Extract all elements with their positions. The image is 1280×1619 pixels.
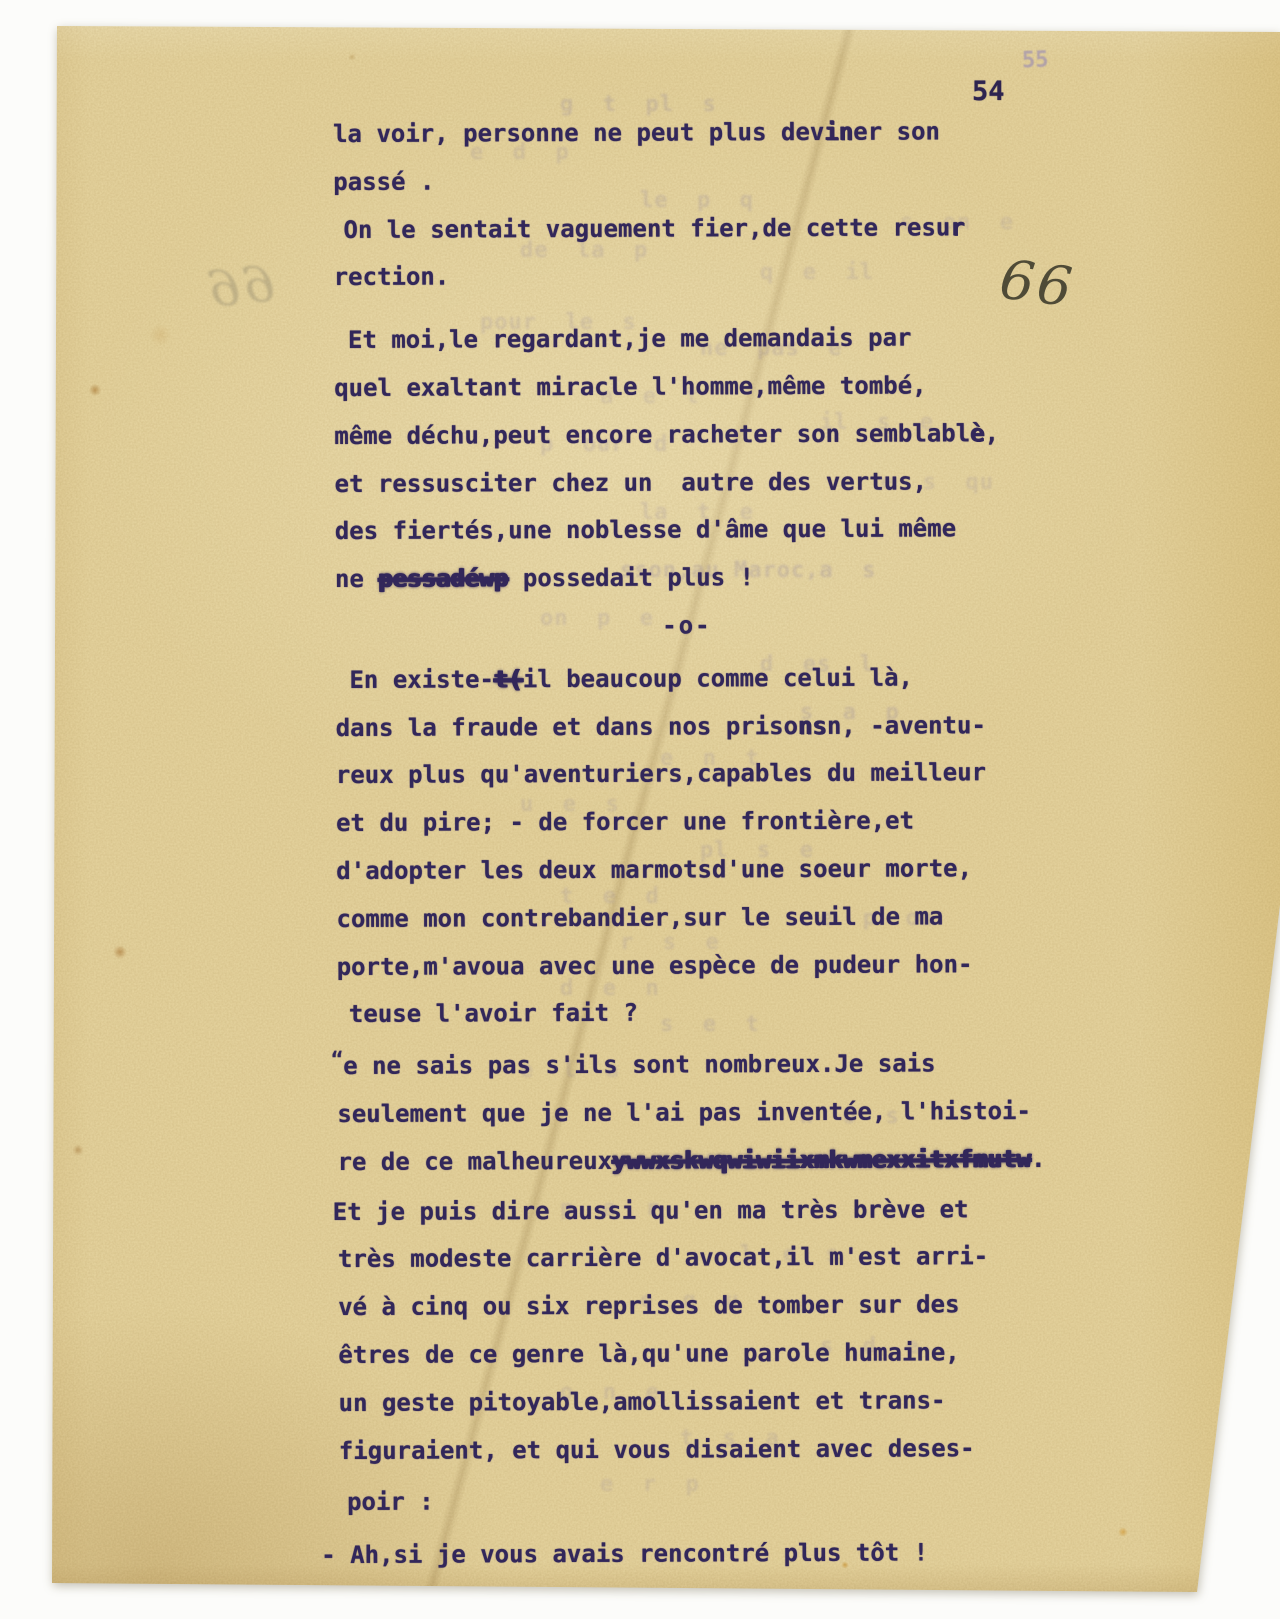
- paper-shadow: g t pl se d ple p qs on ede la pq e ilpo…: [0, 0, 1280, 1619]
- typescript-line: En existe-t(il beaucoup comme celui là,: [349, 663, 913, 693]
- typescript-text: rection.: [334, 263, 450, 292]
- typescript-text: .: [1031, 1145, 1046, 1173]
- typescript-line: la voir, personne ne peut plus deviner s…: [333, 117, 940, 148]
- typescript-text: r: [950, 213, 965, 241]
- typescript-line: dans la fraude et dans nos prisonsn, -av…: [336, 711, 986, 742]
- typescript-line: teuse l'avoir fait ?: [349, 999, 638, 1028]
- struck-out-text: pessadéwp: [378, 564, 508, 593]
- typescript-line: quel exaltant miracle l'homme,même tombé…: [334, 371, 927, 402]
- typescript-line: On le sentait vaguement fier,de cette re…: [343, 213, 964, 244]
- typescript-text: On le sentait vaguement fier,de cette re…: [343, 213, 950, 244]
- typescript-line: êtres de ce genre là,qu'une parole humai…: [338, 1338, 959, 1369]
- typescript-line: un geste pitoyable,amollissaient et tran…: [339, 1386, 946, 1417]
- typescript-text: En existe-: [349, 665, 494, 694]
- typescript-text: ,: [985, 419, 1000, 447]
- typescript-line: rection.: [334, 263, 450, 292]
- typescript-text: in: [824, 118, 853, 146]
- typescript-text: er son: [853, 117, 940, 145]
- document-page: g t pl se d ple p qs on ede la pq e ilpo…: [0, 0, 1280, 1619]
- typescript-text: même déchu,peut encore racheter son semb…: [334, 419, 970, 450]
- typescript-text: Et moi,le regardant,je me demandais par: [348, 324, 912, 354]
- typescript-text: passé .: [333, 167, 434, 195]
- typescript-text: et ressusciter chez un autre des vertus,: [335, 467, 928, 498]
- typescript-line: vé à cinq ou six reprises de tomber sur …: [338, 1290, 959, 1321]
- typescript-text: n, -aventu-: [827, 711, 986, 740]
- typescript-text: teuse l'avoir fait ?: [349, 999, 638, 1028]
- typescript-text: êtres de ce genre là,qu'une parole humai…: [338, 1338, 959, 1369]
- typescript-text: un geste pitoyable,amollissaient et tran…: [339, 1386, 946, 1417]
- typescript-line: et ressusciter chez un autre des vertus,: [335, 467, 928, 498]
- typescript-text: re de ce malheureux: [337, 1147, 612, 1176]
- typescript-line: seulement que je ne l'ai pas inventée, l…: [337, 1097, 1031, 1128]
- typescript-line: même déchu,peut encore racheter son semb…: [334, 419, 999, 450]
- typescript-text: des fiertés,une noblesse d'âme que lui m…: [335, 515, 956, 546]
- typescript-line: ne pessadéwp possedait plus !: [335, 563, 754, 593]
- typescript-text: seulement que je ne l'ai pas inventée, l…: [337, 1097, 1031, 1128]
- typewritten-text-block: la voir, personne ne peut plus deviner s…: [0, 0, 1280, 1619]
- typescript-text: reux plus qu'aventuriers,capables du mei…: [336, 759, 986, 790]
- typescript-line: poir :: [347, 1488, 434, 1516]
- typescript-line: porte,m'avoua avec une espèce de pudeur …: [337, 950, 973, 981]
- typescript-line: reux plus qu'aventuriers,capables du mei…: [336, 759, 986, 790]
- typescript-line: très modeste carrière d'avocat,il m'est …: [338, 1243, 988, 1274]
- typescript-text: poir :: [347, 1488, 434, 1516]
- typescript-text: comme mon contrebandier,sur le seuil de …: [336, 902, 943, 933]
- typescript-text: - Ah,si je vous avais rencontré plus tôt…: [321, 1539, 928, 1570]
- typescript-text: quel exaltant miracle l'homme,même tombé…: [334, 371, 927, 402]
- typescript-line: Et je puis dire aussi qu'en ma très brèv…: [333, 1195, 969, 1226]
- struck-out-text: ywwxskwqwiwiixmkwmexxitxfmutw: [612, 1145, 1031, 1175]
- typescript-text: Et je puis dire aussi qu'en ma très brèv…: [333, 1195, 969, 1226]
- typescript-text: “: [331, 1047, 343, 1071]
- typescript-text: ns: [798, 711, 827, 739]
- typescript-text: vé à cinq ou six reprises de tomber sur …: [338, 1290, 959, 1321]
- section-divider: -o-: [662, 611, 711, 639]
- typescript-line: “e ne sais pas s'ils sont nombreux.Je sa…: [331, 1050, 936, 1081]
- typescript-text: la voir, personne ne peut plus dev: [333, 118, 824, 148]
- typescript-text: dans la fraude et dans nos priso: [336, 712, 798, 742]
- typescript-text: è: [970, 419, 985, 447]
- typescript-line: re de ce malheureuxywwxskwqwiwiixmkwmexx…: [337, 1145, 1045, 1176]
- typescript-text: possedait plus !: [508, 563, 754, 592]
- typescript-line: Et moi,le regardant,je me demandais par: [348, 324, 912, 354]
- typescript-text: -o-: [662, 611, 711, 639]
- scanned-document-screenshot: { "page": { "typed_page_number": "54", "…: [0, 0, 1280, 1619]
- typescript-text: très modeste carrière d'avocat,il m'est …: [338, 1243, 988, 1274]
- typescript-line: d'adopter les deux marmotsd'une soeur mo…: [336, 854, 972, 885]
- typescript-line: passé .: [333, 167, 434, 195]
- typescript-text: porte,m'avoua avec une espèce de pudeur …: [337, 950, 973, 981]
- typescript-text: figuraient, et qui vous disaient avec de…: [339, 1434, 975, 1465]
- typescript-text: ne: [335, 565, 378, 593]
- typescript-line: figuraient, et qui vous disaient avec de…: [339, 1434, 975, 1465]
- typescript-line: et du pire; - de forcer une frontière,et: [336, 807, 914, 838]
- typescript-text: e ne sais pas s'ils sont nombreux.Je sai…: [343, 1050, 936, 1081]
- typescript-text: il beaucoup comme celui là,: [523, 663, 913, 693]
- typescript-text: d'adopter les deux marmotsd'une soeur mo…: [336, 854, 972, 885]
- typescript-line: comme mon contrebandier,sur le seuil de …: [336, 902, 943, 933]
- struck-out-text: t(: [494, 665, 523, 693]
- typescript-line: - Ah,si je vous avais rencontré plus tôt…: [321, 1539, 928, 1570]
- typescript-line: des fiertés,une noblesse d'âme que lui m…: [335, 515, 956, 546]
- typescript-text: et du pire; - de forcer une frontière,et: [336, 807, 914, 838]
